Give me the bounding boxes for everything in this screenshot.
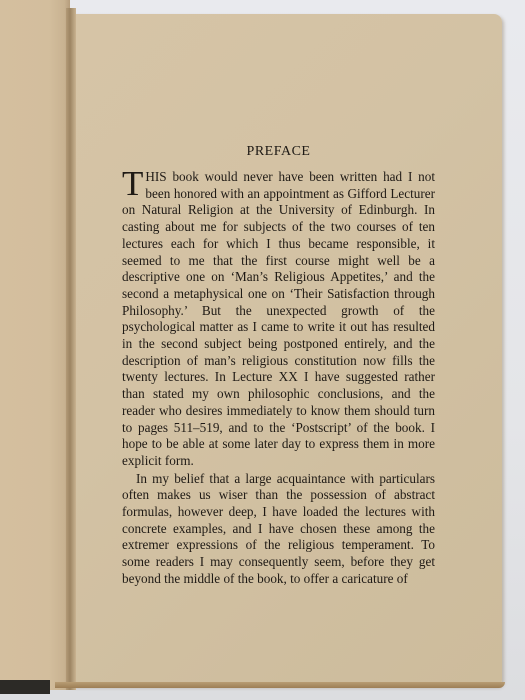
page-bottom-edge [55, 682, 505, 688]
page-title: PREFACE [122, 144, 435, 160]
book-cover-edge [0, 680, 50, 694]
drop-cap: T [122, 171, 143, 200]
left-page [0, 0, 70, 690]
paragraph-1-text: HIS book would never have been written h… [122, 169, 435, 468]
book-gutter [66, 8, 76, 690]
paragraph-2: In my belief that a large acquaintance w… [122, 471, 435, 588]
preface-text: PREFACE THIS book would never have been … [122, 144, 435, 588]
paragraph-1: THIS book would never have been written … [122, 169, 435, 470]
